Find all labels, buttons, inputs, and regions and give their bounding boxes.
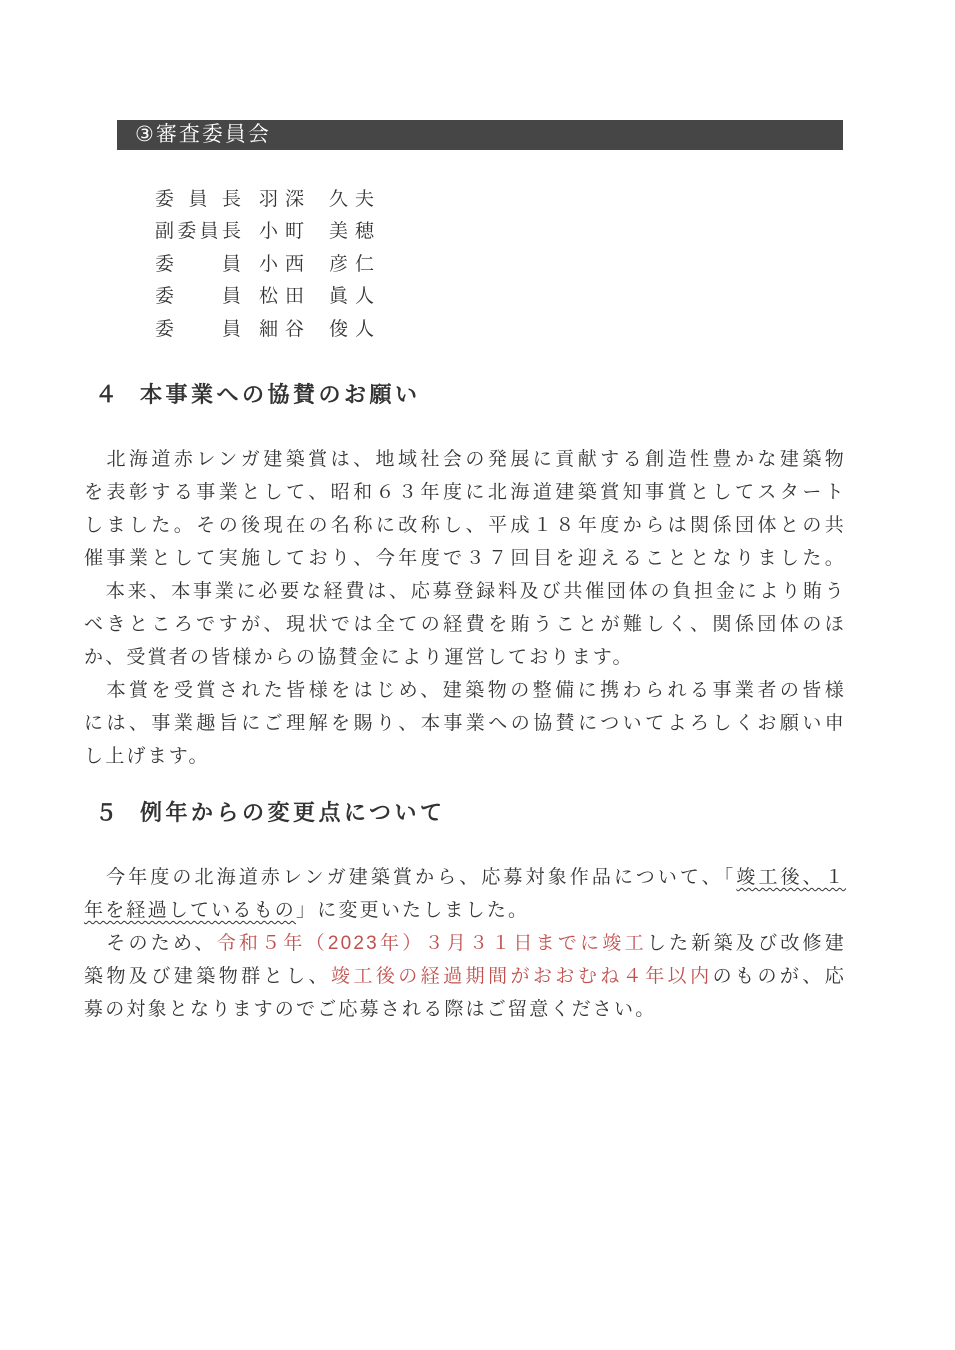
committee-role: 委員 [155,281,241,313]
committee-role: 委員 [155,249,241,281]
section-4-number: ４ [95,378,140,409]
committee-family-name: 松田 [259,281,304,313]
section-heading-5: ５ 例年からの変更点について [95,796,446,827]
text-line: 今年度の北海道赤レンガ建築賞から、応募対象作品について、「竣工後、１ [84,861,846,894]
red-emphasis-text: 竣工後の経過期間がおおむね４年以内 [331,966,713,987]
wavy-underlined-text: 竣工後、１ [736,867,846,888]
document-page: ③審査委員会 委員長羽深久夫副委員長小町美穂委員小西彦仁委員松田眞人委員細谷俊人… [0,0,955,1350]
committee-given-name: 俊人 [329,314,374,346]
text-line: 募の対象となりますのでご応募される際はご留意ください。 [84,993,846,1026]
text-line: 催事業として実施しており、今年度で３７回目を迎えることとなりました。 [84,542,846,575]
text-line: には、事業趣旨にご理解を賜り、本事業への協賛についてよろしくお願い申 [84,707,846,740]
section-5-number: ５ [95,796,140,827]
committee-list: 委員長羽深久夫副委員長小町美穂委員小西彦仁委員松田眞人委員細谷俊人 [155,184,374,346]
text-line: 北海道赤レンガ建築賞は、地域社会の発展に貢献する創造性豊かな建築物 [84,443,846,476]
committee-role: 委員長 [155,184,241,216]
text-line: 築物及び建築物群とし、竣工後の経過期間がおおむね４年以内のものが、応 [84,960,846,993]
wavy-underlined-text: 年を経過しているもの [84,900,296,921]
text-line: そのため、令和５年（2023年）３月３１日までに竣工した新築及び改修建 [84,927,846,960]
committee-given-name: 眞人 [329,281,374,313]
committee-given-name: 久夫 [329,184,374,216]
committee-family-name: 羽深 [259,184,304,216]
committee-row: 委員松田眞人 [155,281,374,313]
text-line: 本来、本事業に必要な経費は、応募登録料及び共催団体の負担金により賄う [84,575,846,608]
red-emphasis-text: 令和５年（2023年）３月３１日までに竣工 [217,933,647,954]
committee-role: 副委員長 [155,216,241,248]
text-line: 年を経過しているもの」に変更いたしました。 [84,894,846,927]
committee-row: 委員長羽深久夫 [155,184,374,216]
section-5-title: 例年からの変更点について [140,796,446,827]
section-heading-4: ４ 本事業への協賛のお願い [95,378,421,409]
text-line: を表彰する事業として、昭和６３年度に北海道建築賞知事賞としてスタート [84,476,846,509]
committee-row: 副委員長小町美穂 [155,216,374,248]
section-banner-label: ③審査委員会 [135,123,271,146]
committee-row: 委員細谷俊人 [155,314,374,346]
text-line: べきところですが、現状では全ての経費を賄うことが難しく、関係団体のほ [84,608,846,641]
section-4-title: 本事業への協賛のお願い [140,378,421,409]
committee-given-name: 彦仁 [329,249,374,281]
text-line: しました。その後現在の名称に改称し、平成１８年度からは関係団体との共 [84,509,846,542]
committee-given-name: 美穂 [329,216,374,248]
text-line: し上げます。 [84,740,846,773]
committee-family-name: 小西 [259,249,304,281]
committee-family-name: 小町 [259,216,304,248]
section-banner: ③審査委員会 [117,120,843,150]
text-line: 本賞を受賞された皆様をはじめ、建築物の整備に携わられる事業者の皆様 [84,674,846,707]
committee-row: 委員小西彦仁 [155,249,374,281]
committee-family-name: 細谷 [259,314,304,346]
section-4-body: 北海道赤レンガ建築賞は、地域社会の発展に貢献する創造性豊かな建築物を表彰する事業… [84,443,846,773]
section-5-body: 今年度の北海道赤レンガ建築賞から、応募対象作品について、「竣工後、１年を経過して… [84,861,846,1026]
text-line: か、受賞者の皆様からの協賛金により運営しております。 [84,641,846,674]
committee-role: 委員 [155,314,241,346]
